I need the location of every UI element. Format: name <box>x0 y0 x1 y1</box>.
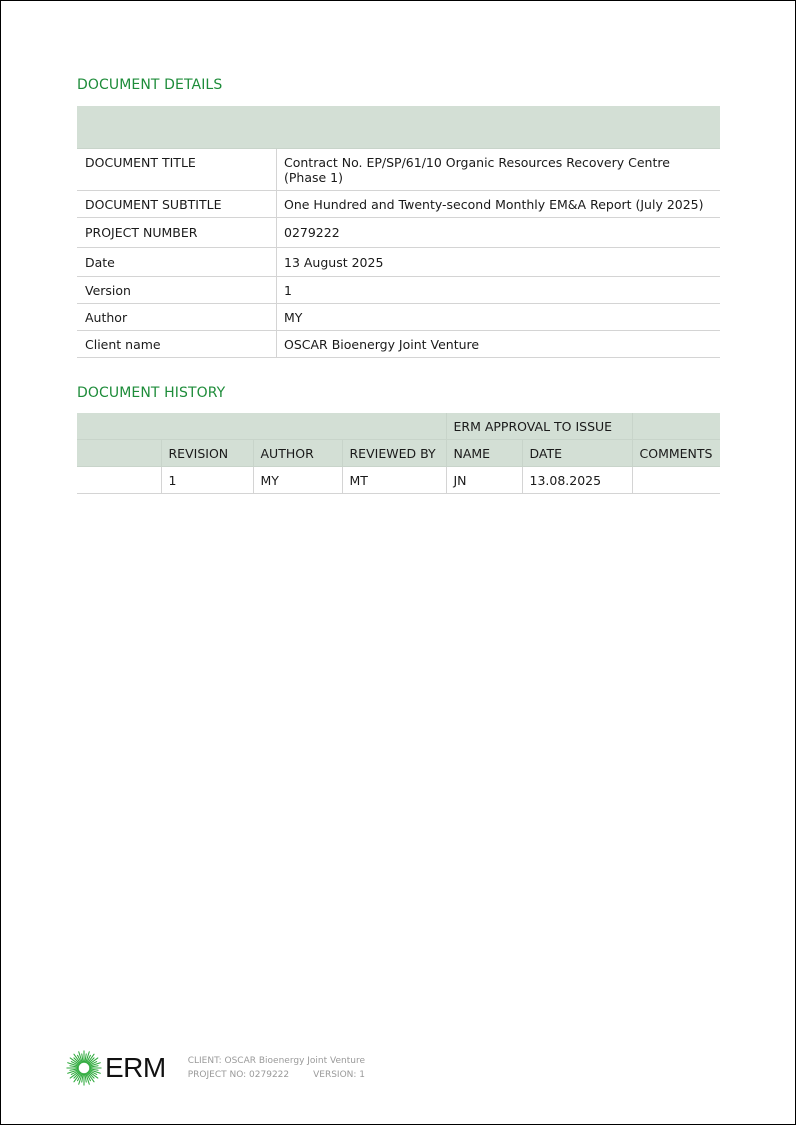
column-header-name: NAME <box>446 440 522 467</box>
table-row: Author MY <box>77 304 720 331</box>
footer-project-no: PROJECT NO: 0279222 <box>188 1070 289 1080</box>
document-history-table: ERM APPROVAL TO ISSUE REVISION AUTHOR RE… <box>77 413 720 494</box>
row-label: DOCUMENT SUBTITLE <box>77 191 277 218</box>
table-row: PROJECT NUMBER 0279222 <box>77 218 720 248</box>
history-group-header-row: ERM APPROVAL TO ISSUE <box>77 413 720 440</box>
erm-logo-text: ERM <box>105 1052 166 1084</box>
details-header-row <box>77 106 720 149</box>
row-value: OSCAR Bioenergy Joint Venture <box>277 331 721 358</box>
footer-version: VERSION: 1 <box>313 1070 365 1080</box>
footer-client: CLIENT: OSCAR Bioenergy Joint Venture <box>188 1054 365 1068</box>
column-header-author: AUTHOR <box>253 440 342 467</box>
history-column-header-row: REVISION AUTHOR REVIEWED BY NAME DATE CO… <box>77 440 720 467</box>
row-value: One Hundred and Twenty-second Monthly EM… <box>277 191 721 218</box>
row-label: PROJECT NUMBER <box>77 218 277 248</box>
page-footer: ERM CLIENT: OSCAR Bioenergy Joint Ventur… <box>65 1049 365 1087</box>
table-row: Version 1 <box>77 277 720 304</box>
row-value: 13 August 2025 <box>277 248 721 277</box>
column-header-reviewed-by: REVIEWED BY <box>342 440 446 467</box>
history-cell-reviewed-by: MT <box>342 467 446 494</box>
history-cell-comments <box>632 467 720 494</box>
row-value: 1 <box>277 277 721 304</box>
history-cell-author: MY <box>253 467 342 494</box>
table-row: DOCUMENT SUBTITLE One Hundred and Twenty… <box>77 191 720 218</box>
document-details-heading: DOCUMENT DETAILS <box>77 77 222 93</box>
history-cell-name: JN <box>446 467 522 494</box>
history-cell-revision: 1 <box>161 467 253 494</box>
history-cell <box>77 467 161 494</box>
history-cell-date: 13.08.2025 <box>522 467 632 494</box>
row-value: 0279222 <box>277 218 721 248</box>
row-label: Author <box>77 304 277 331</box>
document-details-table: DOCUMENT TITLE Contract No. EP/SP/61/10 … <box>77 106 720 358</box>
table-row: 1 MY MT JN 13.08.2025 <box>77 467 720 494</box>
column-header-date: DATE <box>522 440 632 467</box>
row-value: MY <box>277 304 721 331</box>
row-label: DOCUMENT TITLE <box>77 149 277 191</box>
footer-meta: CLIENT: OSCAR Bioenergy Joint Venture PR… <box>188 1054 365 1082</box>
row-label: Version <box>77 277 277 304</box>
row-label: Date <box>77 248 277 277</box>
row-value: Contract No. EP/SP/61/10 Organic Resourc… <box>277 149 721 191</box>
table-row: Client name OSCAR Bioenergy Joint Ventur… <box>77 331 720 358</box>
column-header-revision: REVISION <box>161 440 253 467</box>
erm-sunburst-logo-icon <box>65 1049 103 1087</box>
column-header-comments: COMMENTS <box>632 440 720 467</box>
document-history-heading: DOCUMENT HISTORY <box>77 385 225 401</box>
document-page: DOCUMENT DETAILS DOCUMENT TITLE Contract… <box>0 0 796 1125</box>
erm-approval-header: ERM APPROVAL TO ISSUE <box>446 413 632 440</box>
column-header <box>77 440 161 467</box>
table-row: DOCUMENT TITLE Contract No. EP/SP/61/10 … <box>77 149 720 191</box>
row-label: Client name <box>77 331 277 358</box>
table-row: Date 13 August 2025 <box>77 248 720 277</box>
